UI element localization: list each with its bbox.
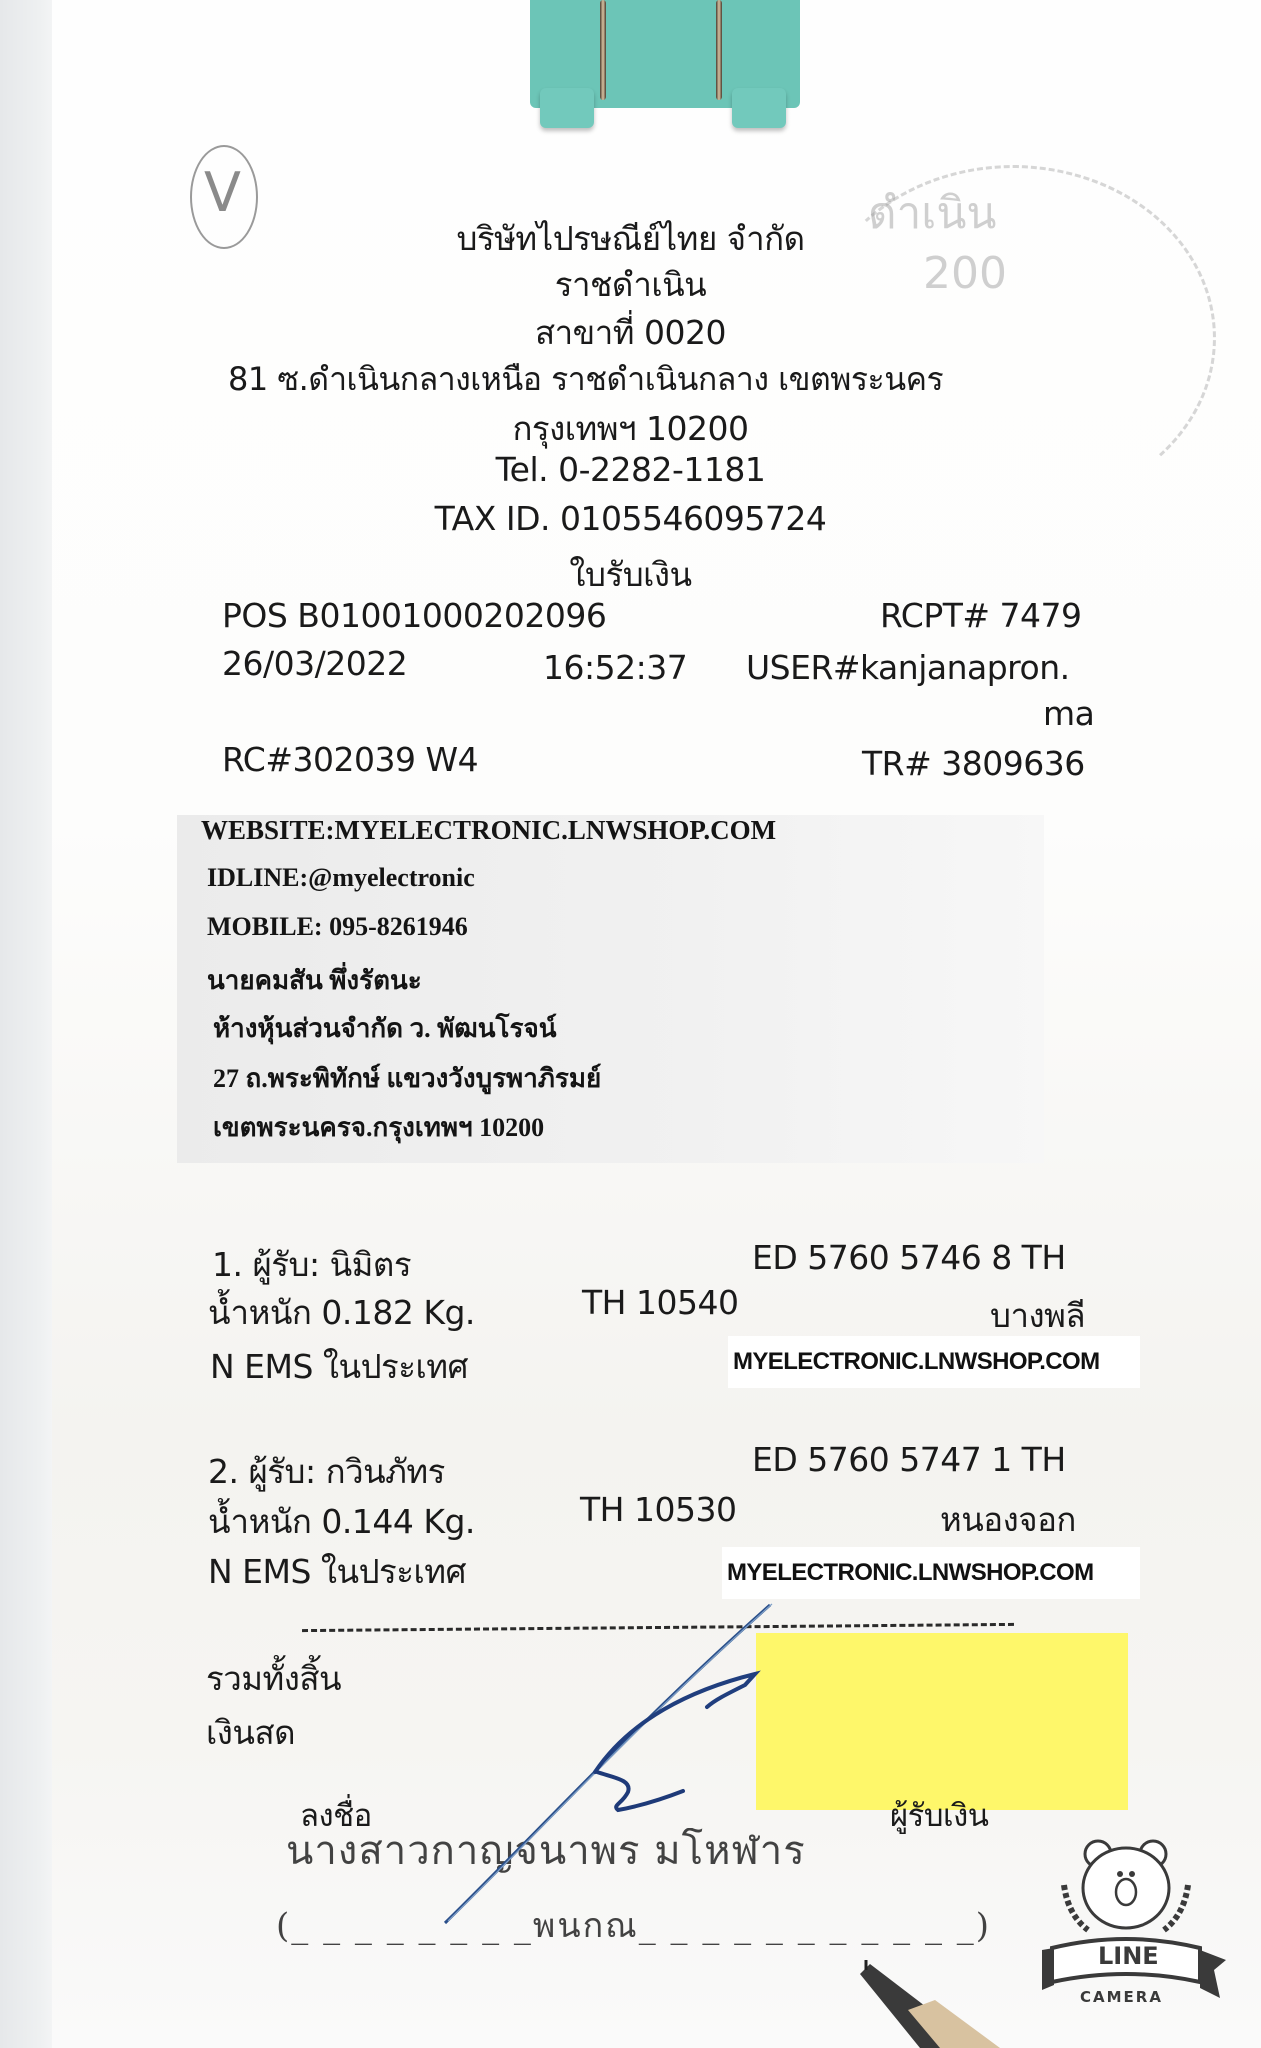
- signature-ink: [0, 0, 1261, 2048]
- pencil-icon: [860, 1960, 1000, 2048]
- line-camera-watermark: LINE CAMERA: [1040, 1830, 1250, 2040]
- bear-logo-icon: [1040, 1830, 1250, 2040]
- watermark-camera: CAMERA: [1080, 1988, 1163, 2006]
- watermark-line: LINE: [1098, 1942, 1159, 1970]
